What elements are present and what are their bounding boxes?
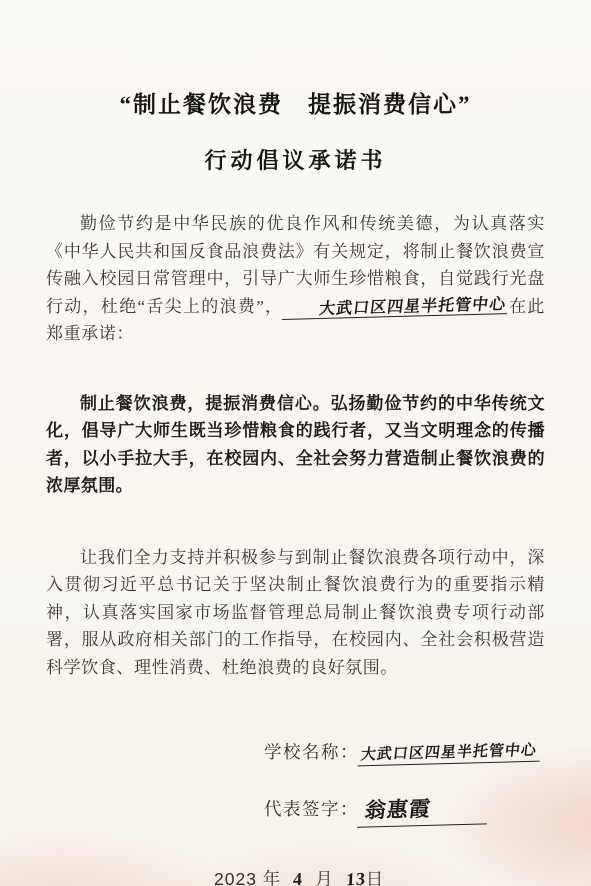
paragraph-action: 让我们全力支持并积极参与到制止餐饮浪费各项行动中，深入贯彻习近平总书记关于坚决制…: [46, 544, 545, 682]
scanned-document-page: “制止餐饮浪费 提振消费信心” 行动倡议承诺书 勤俭节约是中华民族的优良作风和传…: [0, 0, 591, 886]
date-row: 2023 年4月13日: [214, 866, 545, 886]
school-name-label: 学校名称：: [264, 742, 359, 762]
handwritten-org-name-inline: 大武口区四星半托管中心: [282, 297, 509, 320]
paragraph-intro: 勤俭节约是中华民族的优良作风和传统美德，为认真落实《中华人民共和国反食品浪费法》…: [46, 210, 545, 348]
document-title-line2: 行动倡议承诺书: [46, 149, 545, 173]
document-title-line1: “制止餐饮浪费 提振消费信心”: [46, 92, 545, 117]
date-year-printed: 2023 年: [214, 869, 281, 886]
representative-signature-label: 代表签字：: [264, 799, 359, 819]
school-name-row: 学校名称：大武口区四星半托管中心: [264, 739, 545, 764]
handwritten-date-month: 4: [293, 869, 304, 886]
representative-signature-row: 代表签字：翁惠霞: [264, 791, 545, 826]
signature-block: 学校名称：大武口区四星半托管中心 代表签字：翁惠霞 2023 年4月13日: [46, 739, 545, 886]
date-month-unit-printed: 月: [315, 869, 334, 886]
handwritten-date-day: 13: [345, 869, 366, 886]
date-day-unit-printed: 日: [366, 869, 385, 886]
handwritten-school-name: 大武口区四星半托管中心: [358, 737, 543, 767]
paragraph-pledge: 制止餐饮浪费，提振消费信心。弘扬勤俭节约的中华传统文化，倡导广大师生既当珍惜粮食…: [46, 390, 545, 500]
handwritten-representative-signature: 翁惠霞: [357, 790, 491, 829]
document-content: “制止餐饮浪费 提振消费信心” 行动倡议承诺书 勤俭节约是中华民族的优良作风和传…: [0, 92, 591, 886]
